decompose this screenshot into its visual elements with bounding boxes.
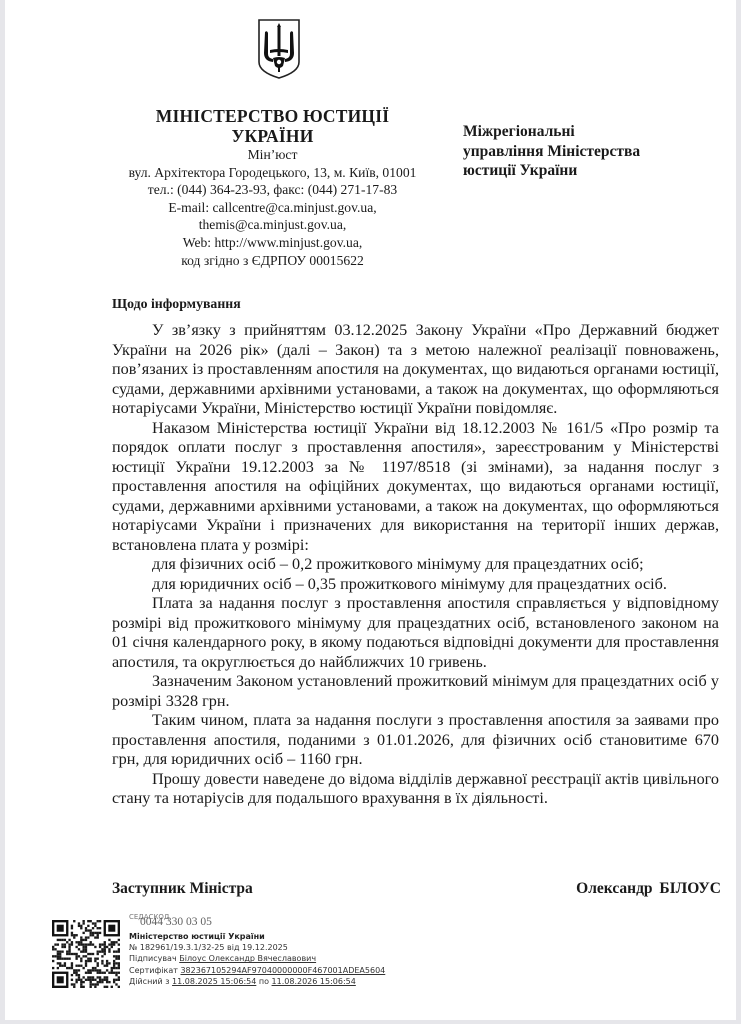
ministry-web: Web: http://www.minjust.gov.ua, [105, 234, 440, 252]
recipient-line-1: Міжрегіональні [463, 122, 723, 142]
stamp-overprint-phone: 0044 330 03 05 [140, 916, 212, 928]
ministry-email-1: E-mail: callcentre@ca.minjust.gov.ua, [105, 199, 440, 217]
stamp-certificate: Сертифікат 382367105294AF97040000000F467… [129, 965, 385, 976]
paragraph-2: Наказом Міністерства юстиції України від… [112, 419, 719, 556]
letter-body: У зв’язку з прийняттям 03.12.2025 Закону… [112, 321, 719, 809]
e-signature-stamp: Міністерство юстиції України № 182961/19… [129, 931, 385, 987]
ministry-edrpou: код згідно з ЄДРПОУ 00015622 [105, 252, 440, 270]
qr-code-icon [52, 920, 120, 988]
signatory-role: Заступник Міністра [112, 880, 253, 898]
ministry-short-name: Мін’юст [105, 146, 440, 164]
letter-page: МІНІСТЕРСТВО ЮСТИЦІЇ УКРАЇНИ Мін’юст вул… [5, 0, 736, 1020]
ministry-name-line2: УКРАЇНИ [105, 126, 440, 146]
stamp-signer: Підписувач Білоус Олександр Вячеславович [129, 953, 385, 964]
paragraph-5: Таким чином, плата за надання послуги з … [112, 711, 719, 770]
ministry-email-2: themis@ca.minjust.gov.ua, [105, 216, 440, 234]
paragraph-3: Плата за надання послуг з проставлення а… [112, 594, 719, 672]
recipient-block: Міжрегіональні управління Міністерства ю… [463, 122, 723, 181]
recipient-line-3: юстиції України [463, 161, 723, 181]
letter-subject: Щодо інформування [112, 296, 241, 312]
paragraph-1: У зв’язку з прийняттям 03.12.2025 Закону… [112, 321, 719, 419]
stamp-cert-number: 382367105294AF97040000000F467001ADEA5604 [180, 966, 385, 975]
stamp-signer-name: Білоус Олександр Вячеславович [179, 954, 316, 963]
ministry-phones: тел.: (044) 364-23-93, факс: (044) 271-1… [105, 181, 440, 199]
ukraine-trident-icon [257, 18, 301, 80]
paragraph-6: Прошу довести наведене до відома відділі… [112, 770, 719, 809]
stamp-validity: Дійсний з 11.08.2025 15:06:54 по 11.08.2… [129, 976, 385, 987]
stamp-ministry: Міністерство юстиції України [129, 931, 385, 942]
fee-individuals: для фізичних осіб – 0,2 прожиткового мін… [112, 555, 719, 575]
stamp-valid-from: 11.08.2025 15:06:54 [172, 977, 256, 986]
recipient-line-2: управління Міністерства [463, 142, 723, 162]
signatory-name: Олександр БІЛОУС [515, 880, 721, 898]
ministry-address: вул. Архітектора Городецького, 13, м. Ки… [105, 164, 440, 182]
stamp-valid-to: 11.08.2026 15:06:54 [272, 977, 356, 986]
ministry-name-line1: МІНІСТЕРСТВО ЮСТИЦІЇ [105, 106, 440, 126]
fee-legal-entities: для юридичних осіб – 0,35 прожиткового м… [112, 575, 719, 595]
sender-header: МІНІСТЕРСТВО ЮСТИЦІЇ УКРАЇНИ Мін’юст вул… [105, 106, 440, 269]
stamp-reg-number: № 182961/19.3.1/32-25 від 19.12.2025 [129, 942, 385, 953]
paragraph-4: Зазначеним Законом установлений прожитко… [112, 672, 719, 711]
